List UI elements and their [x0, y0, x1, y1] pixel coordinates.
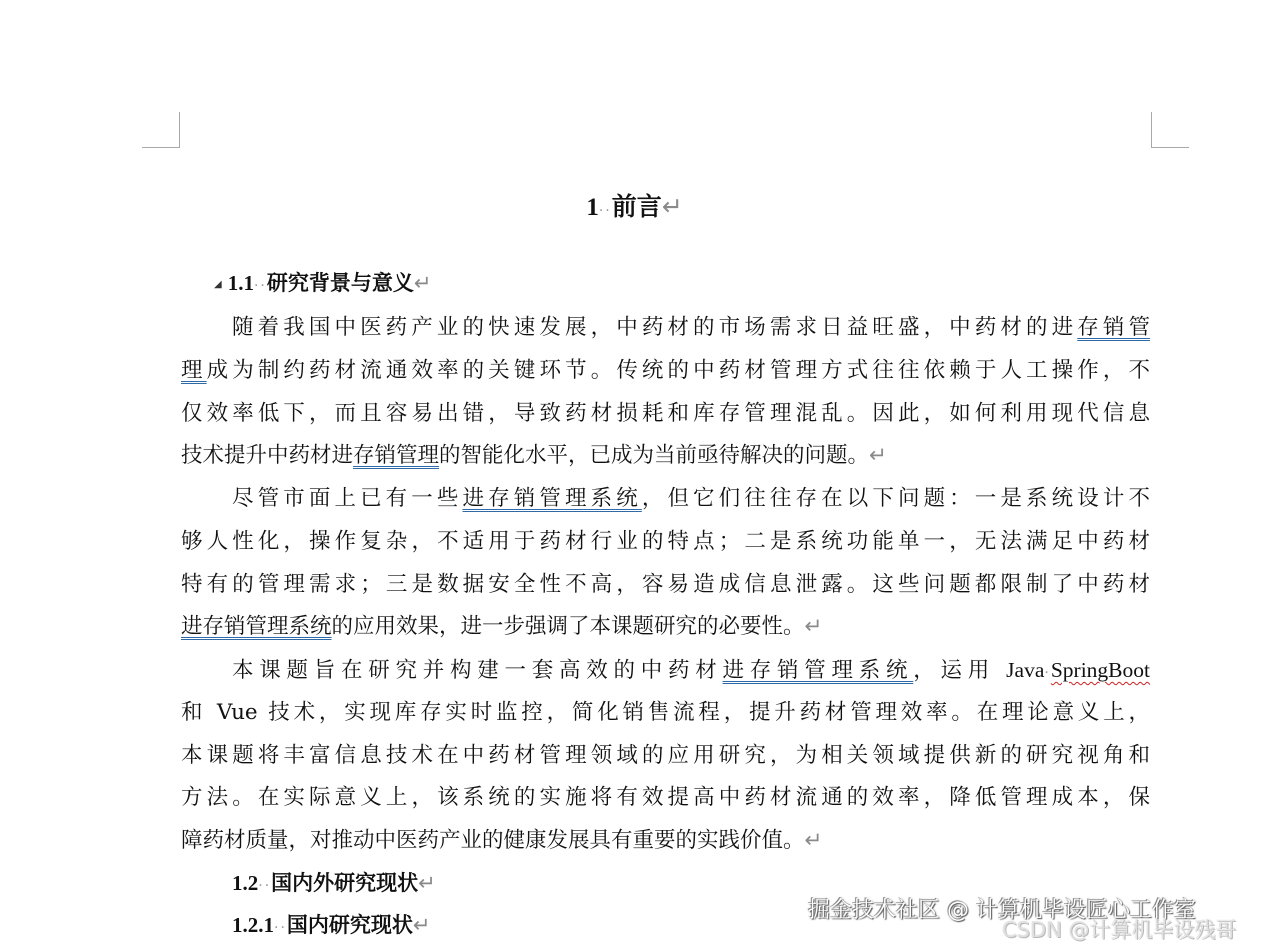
paragraph-mark-icon: ↵: [662, 192, 683, 221]
spelling-squiggle: SpringBoot: [1051, 658, 1150, 682]
heading-number: 1: [586, 194, 599, 221]
text-line: 仅效率低下，而且容易出错，导致药材损耗和库存管理混乱。因此，如何利用现代信息: [181, 393, 1150, 436]
section-heading-1-1[interactable]: ◢1.1··研究背景与意义↵: [214, 268, 431, 301]
text-line: 方法。在实际意义上，该系统的实施将有效提高中药材流通的效率，降低管理成本，保: [181, 777, 1150, 820]
section-heading-1-2-1[interactable]: 1.2.1··国内研究现状↵: [232, 910, 431, 943]
heading-number: 1.1: [228, 271, 254, 295]
grammar-underline: 进存销管理系统: [181, 614, 332, 639]
text-line: 特有的管理需求；三是数据安全性不高，容易造成信息泄露。这些问题都限制了中药材: [181, 564, 1150, 607]
tab-mark: ··: [254, 278, 267, 294]
grammar-underline: 存销管理: [353, 443, 439, 468]
text-line: 障药材质量，对推动中医药产业的健康发展具有重要的实践价值。↵: [181, 820, 1150, 863]
chapter-heading[interactable]: 1··前言↵: [0, 189, 1269, 229]
section-heading-1-2[interactable]: 1.2··国内外研究现状↵: [232, 868, 436, 901]
heading-title: 国内研究现状: [287, 912, 413, 937]
grammar-underline: 理: [181, 358, 207, 383]
paragraph-mark-icon: ↵: [869, 443, 887, 468]
text-line: 尽管市面上已有一些进存销管理系统，但它们往往存在以下问题：一是系统设计不: [181, 478, 1150, 521]
body-paragraph-3[interactable]: 本课题旨在研究并构建一套高效的中药材进存销管理系统，运用 Java·Spring…: [181, 649, 1150, 863]
margin-crop-mark-top-left: [142, 112, 180, 148]
heading-title: 前言: [612, 192, 662, 221]
paragraph-mark-icon: ↵: [418, 871, 436, 895]
heading-number: 1.2.1: [232, 913, 274, 937]
text-line: 本课题旨在研究并构建一套高效的中药材进存销管理系统，运用 Java·Spring…: [181, 649, 1150, 692]
paragraph-mark-icon: ↵: [414, 271, 432, 295]
text-line: 够人性化，操作复杂，不适用于药材行业的特点；二是系统功能单一，无法满足中药材: [181, 521, 1150, 564]
tab-mark: ··: [599, 203, 612, 219]
text-line: 进存销管理系统的应用效果，进一步强调了本课题研究的必要性。↵: [181, 606, 1150, 649]
collapse-triangle-icon[interactable]: ◢: [214, 279, 222, 290]
paragraph-mark-icon: ↵: [413, 913, 431, 937]
text-line: 技术提升中药材进存销管理的智能化水平，已成为当前亟待解决的问题。↵: [181, 435, 1150, 478]
text-line: 本课题将丰富信息技术在中药材管理领域的应用研究，为相关领域提供新的研究视角和: [181, 735, 1150, 778]
paragraph-mark-icon: ↵: [805, 614, 823, 639]
grammar-underline: 进存销管理系统: [723, 658, 914, 683]
heading-number: 1.2: [232, 871, 258, 895]
heading-title: 研究背景与意义: [267, 270, 414, 295]
margin-crop-mark-top-right: [1151, 112, 1189, 148]
body-paragraph-1[interactable]: 随着我国中医药产业的快速发展，中药材的市场需求日益旺盛，中药材的进存销管 理成为…: [181, 307, 1150, 478]
text-line: 和 Vue 技术，实现库存实时监控，简化销售流程，提升药材管理效率。在理论意义上…: [181, 692, 1150, 735]
tab-mark: ··: [274, 920, 287, 936]
text-line: 随着我国中医药产业的快速发展，中药材的市场需求日益旺盛，中药材的进存销管: [181, 307, 1150, 350]
tab-mark: ··: [258, 878, 271, 894]
grammar-underline: 进存销管理系统: [463, 486, 642, 511]
grammar-underline: 存销管: [1077, 315, 1150, 340]
text-line: 理成为制约药材流通效率的关键环节。传统的中药材管理方式往往依赖于人工操作，不: [181, 350, 1150, 393]
heading-title: 国内外研究现状: [271, 870, 418, 895]
body-paragraph-2[interactable]: 尽管市面上已有一些进存销管理系统，但它们往往存在以下问题：一是系统设计不 够人性…: [181, 478, 1150, 649]
csdn-watermark: CSDN @计算机毕设残哥: [1002, 914, 1237, 944]
paragraph-mark-icon: ↵: [805, 828, 823, 853]
